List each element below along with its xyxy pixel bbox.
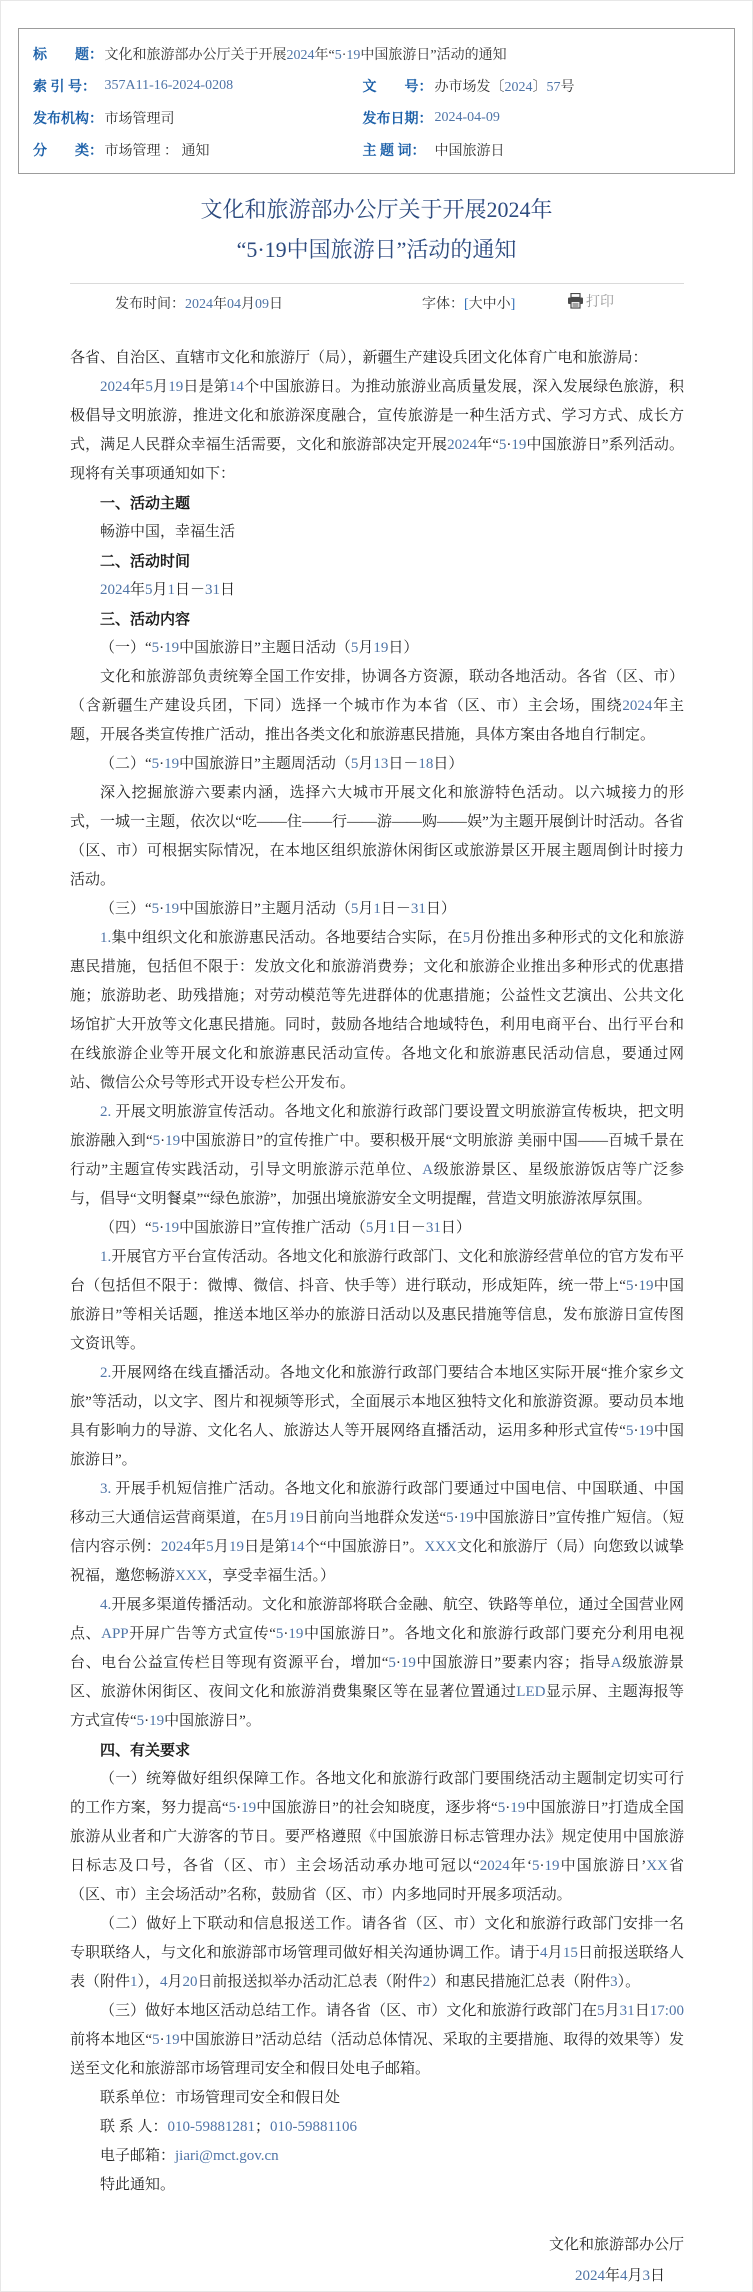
latin-run: 5 [499,437,507,453]
latin-run: 2024 [480,1858,510,1874]
latin-run: 19 [149,1713,164,1729]
latin-run: 2024 [100,379,130,395]
latin-run: 3. [100,1481,111,1497]
section-heading: 三、活动内容 [70,605,684,634]
font-size-large[interactable]: 大 [469,297,483,312]
latin-run: 5 [597,2003,605,2019]
latin-run: 5 [152,1220,160,1236]
latin-run: 13 [373,756,388,772]
latin-run: 31 [411,901,426,917]
paragraph: 3. 开展手机短信推广活动。各地文化和旅游行政部门要通过中国电信、中国联通、中国… [70,1475,684,1591]
latin-run: 20 [183,1974,198,1990]
issuing-agency-label: 发布机构： [19,102,101,134]
title-value: 文化和旅游部办公厅关于开展2024年“5·19中国旅游日”活动的通知 [101,29,735,71]
info-row-agency: 发布机构： 市场管理司 发布日期： 2024-04-09 [19,102,735,134]
latin-run: 5 [276,1626,284,1642]
paragraph: 特此通知。 [70,2171,684,2200]
paragraph: 1.开展官方平台宣传活动。各地文化和旅游行政部门、文化和旅游经营单位的官方发布平… [70,1243,684,1359]
paragraph: 2024年5月1日－31日 [70,576,684,605]
latin-run: 19 [544,1858,559,1874]
latin-run: 5 [152,901,160,917]
paragraph: 4.开展多渠道传播活动。文化和旅游部将联合金融、航空、铁路等单位，通过全国营业网… [70,1591,684,1736]
latin-run: 19 [164,901,179,917]
issuing-agency-value: 市场管理司 [101,102,349,134]
latin-run: 2024-04-09 [435,110,500,125]
paragraph: 深入挖掘旅游六要素内涵，选择六大城市开展文化和旅游特色活动。以六城接力的形式，一… [70,779,684,895]
meta-bar: 发布时间：2024年04月09日 字体：[大中小] 打印 [70,284,684,320]
paragraph: （三）做好本地区活动总结工作。请各省（区、市）文化和旅游行政部门在5月31日17… [70,1997,684,2084]
printer-icon [567,293,584,309]
latin-run: 31 [205,582,220,598]
latin-run: 3 [610,1974,618,1990]
latin-run: 2. [100,1104,111,1120]
paragraph: （二）“5·19中国旅游日”主题周活动（5月13日－18日） [70,750,684,779]
latin-run: 19 [511,437,526,453]
latin-run: LED [516,1684,545,1700]
latin-run: 5 [266,1510,274,1526]
latin-run: 4 [540,1945,548,1961]
publish-date-label: 发布日期： [349,102,431,134]
latin-run: 1 [130,1974,138,1990]
latin-run: A [611,1655,622,1671]
latin-run: 1 [168,582,176,598]
latin-run: 2 [423,1974,431,1990]
latin-run: 19 [165,1133,180,1149]
latin-run: 2024 [185,297,213,312]
paragraph: 2.开展网络在线直播活动。各地文化和旅游行政部门要结合本地区实际开展“推介家乡文… [70,1359,684,1475]
publish-time: 发布时间：2024年04月09日 [115,293,283,313]
paragraph: 各省、自治区、直辖市文化和旅游厅（局），新疆生产建设兵团文化体育广电和旅游局： [70,344,684,373]
signature-block: 文化和旅游部办公厅 2024年4月3日 [70,2230,684,2292]
paragraph: 2024年5月19日是第14个中国旅游日。为推动旅游业高质量发展，深入发展绿色旅… [70,373,684,489]
latin-run: XXX [175,1568,208,1584]
paragraph: 畅游中国，幸福生活 [70,518,684,547]
latin-run: 5 [137,1713,145,1729]
latin-run: 5 [388,1655,396,1671]
latin-run: 5 [366,1220,374,1236]
latin-run: 09 [255,297,269,312]
paragraph: 联系单位：市场管理司安全和假日处 [70,2084,684,2113]
paragraph: 电子邮箱：jiari@mct.gov.cn [70,2142,684,2171]
latin-run: 04 [227,297,241,312]
latin-run: 19 [289,1510,304,1526]
latin-run: 19 [638,1278,653,1294]
latin-run: 19 [165,2032,180,2048]
latin-run: 2024 [575,2268,605,2284]
paragraph: （一）统筹做好组织保障工作。各地文化和旅游行政部门要围绕活动主题制定切实可行的工… [70,1765,684,1910]
latin-run: 14 [290,1539,305,1555]
latin-run: 19 [638,1423,653,1439]
latin-run: 19 [164,756,179,772]
latin-run: 5 [229,1800,237,1816]
latin-run: 19 [401,1655,416,1671]
latin-run: 2024 [622,698,652,714]
publish-time-value: 2024年04月09日 [185,297,283,312]
latin-run: 5 [351,640,359,656]
latin-run: XX [646,1858,668,1874]
latin-run: 4 [620,2268,628,2284]
page-title: 文化和旅游部办公厅关于开展2024年 “5·19中国旅游日”活动的通知 [34,190,719,270]
latin-run: 1 [388,1220,396,1236]
latin-run: 5 [152,756,160,772]
page-title-line2: “5·19中国旅游日”活动的通知 [34,230,719,270]
latin-run: 5 [351,756,359,772]
latin-run: 14 [229,379,244,395]
section-heading: 四、有关要求 [70,1736,684,1765]
latin-run: XXX [424,1539,457,1555]
latin-run: 010-59881106 [270,2119,357,2135]
category-value: 市场管理 ： 通知 [101,134,349,174]
latin-run: 4 [160,1974,168,1990]
latin-run: 2024 [287,48,315,63]
latin-run: 31 [426,1220,441,1236]
paragraph: （四）“5·19中国旅游日”宣传推广活动（5月1日－31日） [70,1214,684,1243]
print-label: 打印 [586,295,614,310]
latin-run: 5 [626,1423,634,1439]
latin-run: 19 [510,1800,525,1816]
latin-run: 5 [463,930,471,946]
latin-run: 5 [206,1539,214,1555]
latin-run: 17:00 [650,2003,684,2019]
latin-run: 1 [373,901,381,917]
latin-run: 2024 [447,437,477,453]
info-row-title: 标 题： 文化和旅游部办公厅关于开展2024年“5·19中国旅游日”活动的通知 [19,29,735,71]
section-heading: 二、活动时间 [70,547,684,576]
title-label: 标 题： [19,29,101,71]
page-title-line1: 文化和旅游部办公厅关于开展2024年 [34,190,719,230]
latin-run: 19 [164,640,179,656]
latin-run: 18 [418,756,433,772]
latin-run: 357A11-16-2024-0208 [105,78,234,93]
latin-run: 19 [241,1800,256,1816]
latin-run: 31 [620,2003,635,2019]
latin-run: 5 [351,901,359,917]
paragraph: （三）“5·19中国旅游日”主题月活动（5月1日－31日） [70,895,684,924]
latin-run: 1. [100,1249,111,1265]
doc-number-value: 办市场发〔2024〕57号 [431,70,735,102]
latin-run: 5 [145,379,153,395]
latin-run: 19 [459,1510,474,1526]
paragraph: 1.集中组织文化和旅游惠民活动。各地要结合实际，在5月份推出多种形式的文化和旅游… [70,924,684,1098]
latin-run: APP [101,1626,129,1642]
bracket-close: ] [511,297,516,312]
doc-number-label: 文 号： [349,70,431,102]
latin-run: 2024 [100,582,130,598]
paragraph: 2. 开展文明旅游宣传活动。各地文化和旅游行政部门要设置文明旅游宣传板块，把文明… [70,1098,684,1214]
keyword-label: 主 题 词： [349,134,431,174]
info-row-category: 分 类： 市场管理 ： 通知 主 题 词： 中国旅游日 [19,134,735,174]
category-label: 分 类： [19,134,101,174]
signature-date: 2024年4月3日 [70,2261,684,2292]
publish-date-value: 2024-04-09 [431,102,735,134]
paragraph: （一）“5·19中国旅游日”主题日活动（5月19日） [70,634,684,663]
font-size-medium[interactable]: 中 [483,297,497,312]
font-size-control: 字体：[大中小] [422,293,515,313]
latin-run: 1. [100,930,111,946]
document-info-table: 标 题： 文化和旅游部办公厅关于开展2024年“5·19中国旅游日”活动的通知 … [18,28,735,174]
index-number-label: 索 引 号： [19,70,101,102]
latin-run: 19 [346,48,360,63]
print-button[interactable]: 打印 [567,291,614,311]
article-body: 各省、自治区、直辖市文化和旅游厅（局），新疆生产建设兵团文化体育广电和旅游局：2… [70,344,684,2200]
paragraph: 文化和旅游部负责统筹全国工作安排，协调各方资源，联动各地活动。各省（区、市）（含… [70,663,684,750]
latin-run: 57 [547,80,561,95]
latin-run: 5 [152,640,160,656]
latin-run: 010-59881281 [168,2119,256,2135]
latin-run: 5 [446,1510,454,1526]
latin-run: 5 [153,1133,161,1149]
latin-run: 5 [626,1278,634,1294]
latin-run: 19 [288,1626,303,1642]
keyword-value: 中国旅游日 [431,134,735,174]
paragraph: 联 系 人：010-59881281；010-59881106 [70,2113,684,2142]
latin-run: jiari@mct.gov.cn [175,2148,279,2164]
signature-org: 文化和旅游部办公厅 [70,2230,684,2261]
latin-run: A [422,1162,433,1178]
index-number-value: 357A11-16-2024-0208 [101,70,349,102]
latin-run: 4. [100,1597,111,1613]
latin-run: 3 [642,2268,650,2284]
latin-run: 2024 [505,80,533,95]
latin-run: 5 [152,2032,160,2048]
latin-run: 19 [229,1539,244,1555]
latin-run: 5 [145,582,153,598]
section-heading: 一、活动主题 [70,489,684,518]
latin-run: 15 [563,1945,578,1961]
font-size-small[interactable]: 小 [497,297,511,312]
paragraph: （二）做好上下联动和信息报送工作。请各省（区、市）文化和旅游行政部门安排一名专职… [70,1910,684,1997]
info-row-index: 索 引 号： 357A11-16-2024-0208 文 号： 办市场发〔202… [19,70,735,102]
latin-run: 5 [532,1858,540,1874]
latin-run: 2. [100,1365,111,1381]
font-size-label: 字体： [422,297,464,312]
latin-run: 2024 [161,1539,191,1555]
latin-run: 19 [168,379,183,395]
latin-run: 5 [498,1800,506,1816]
latin-run: 5 [335,48,342,63]
latin-run: 19 [164,1220,179,1236]
publish-time-label: 发布时间： [115,297,185,312]
latin-run: 19 [373,640,388,656]
